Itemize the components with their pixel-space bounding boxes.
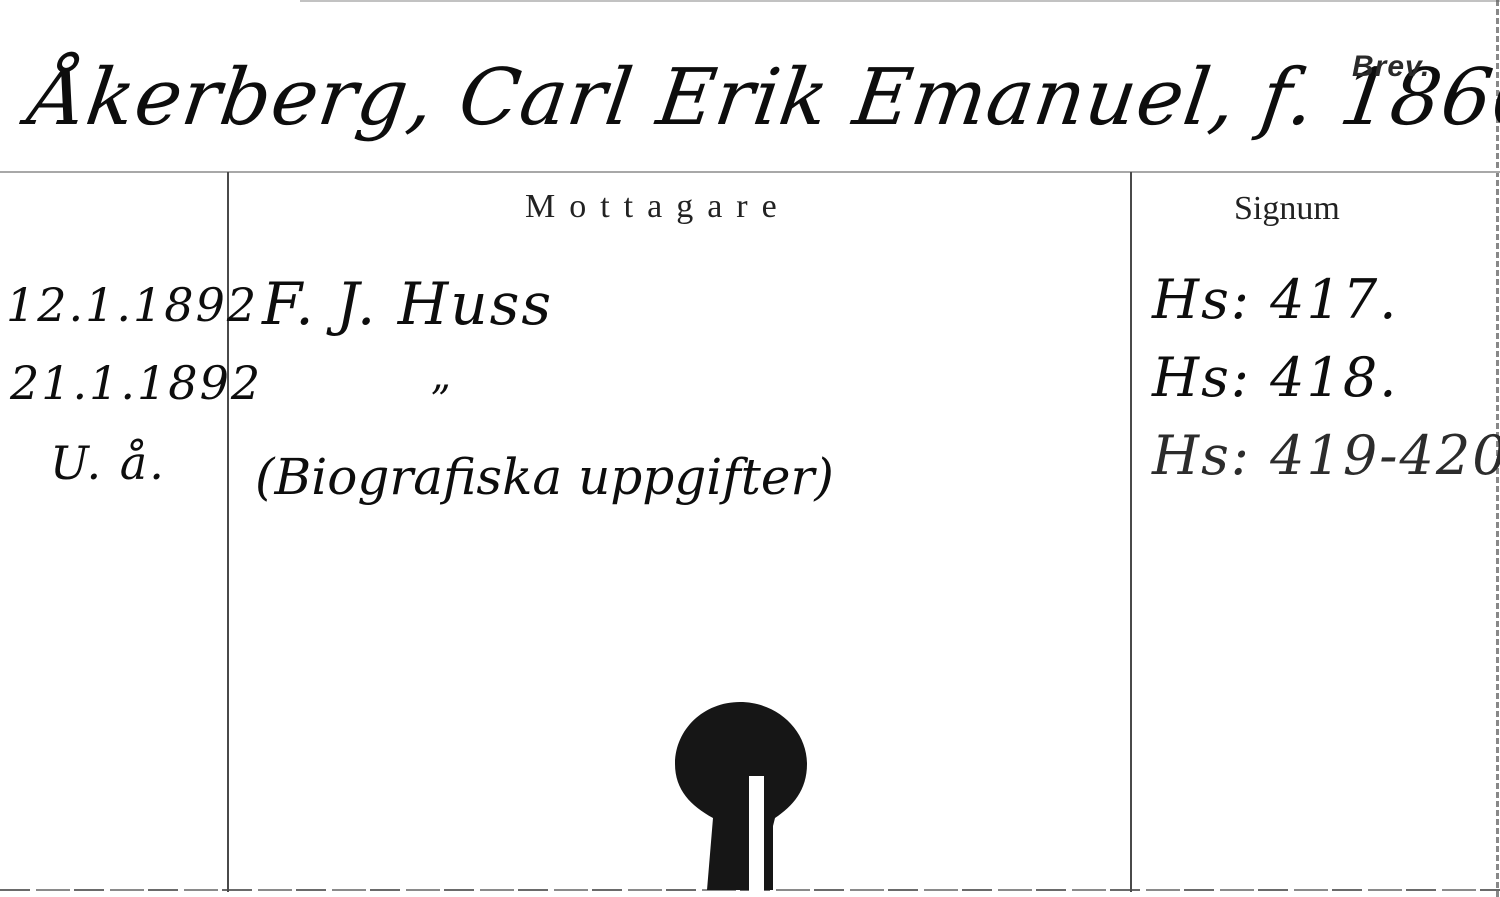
entry-signum: Hs: 418. [1152, 346, 1398, 409]
entry-signum: Hs: 419-420. [1152, 424, 1500, 487]
column-divider-signum [1130, 172, 1132, 892]
card-type-label: Brev. [1352, 50, 1430, 84]
column-heading-signum: Signum [1234, 190, 1340, 228]
card-heading-name: Åkerberg, Carl Erik Emanuel, f. 1860. [23, 48, 1500, 148]
entry-recipient: F. J. Huss [262, 270, 553, 338]
entry-date: 12.1.1892 [6, 278, 258, 332]
keyhole-punch-icon [673, 700, 807, 892]
entry-date: 21.1.1892 [10, 356, 262, 410]
entry-date: U. å. [50, 436, 166, 490]
entry-recipient-ditto: ” [430, 378, 452, 424]
catalog-card: Åkerberg, Carl Erik Emanuel, f. 1860. Br… [0, 0, 1500, 897]
entry-signum: Hs: 417. [1152, 268, 1398, 331]
card-top-edge [300, 0, 1500, 2]
header-rule [0, 171, 1500, 173]
entry-recipient: (Biografiska uppgifter) [255, 448, 834, 506]
column-heading-recipient: Mottagare [525, 188, 791, 226]
